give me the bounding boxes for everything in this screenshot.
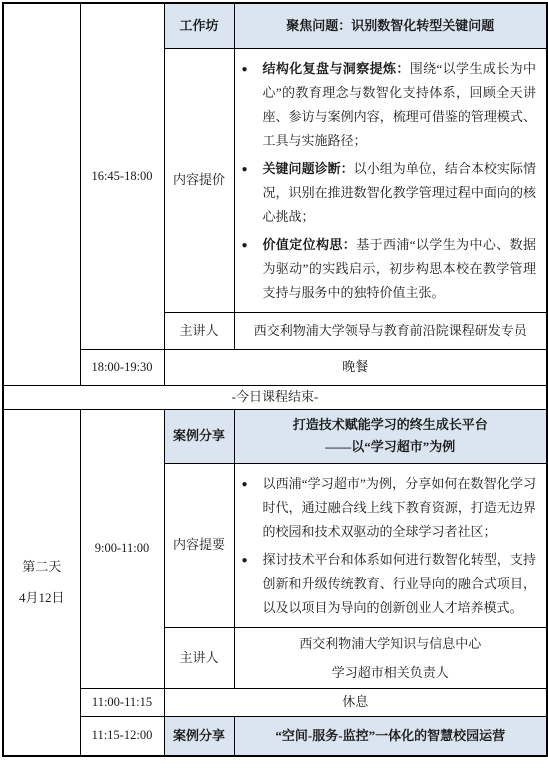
day2-case2-title: “空间-服务-监控”一体化的智慧校园运营 — [234, 716, 547, 756]
bullet-item: ● 探讨技术平台和体系如何进行数智化转型，支持创新和升级传统教育、行业导向的融合… — [242, 548, 537, 620]
day2-date: 4月12日 — [6, 588, 78, 608]
day2-case2-time: 11:15-12:00 — [80, 716, 164, 756]
day2-case-time: 9:00-11:00 — [80, 409, 164, 688]
bullet-icon: ● — [242, 157, 263, 229]
bullet-text: 关键问题诊断：以小组为单位，结合本校实际情况，识别在推进数智化教学管理过程中面向… — [263, 157, 537, 229]
day1-day-cell — [3, 3, 80, 385]
day1-content-category: 内容提价 — [164, 48, 234, 312]
day1-dinner-time: 18:00-19:30 — [80, 349, 164, 385]
day2-case-title: 打造技术赋能学习的终生成长平台 ——以“学习超市”为例 — [234, 409, 547, 463]
day2-break-time: 11:00-11:15 — [80, 688, 164, 716]
bullet-icon: ● — [242, 233, 263, 305]
day2-content-category: 内容提要 — [164, 463, 234, 627]
bullet-icon: ● — [242, 472, 263, 544]
bullet-icon: ● — [242, 548, 263, 620]
bullet-text: 探讨技术平台和体系如何进行数智化转型，支持创新和升级传统教育、行业导向的融合式项… — [263, 548, 537, 620]
page: 16:45-18:00 工作坊 聚焦问题：识别数智化转型关键问题 内容提价 ● … — [0, 0, 548, 775]
day2-case2-category: 案例分享 — [164, 716, 234, 756]
bullet-text: 以西浦“学习超市”为例，分享如何在数智化学习时代，通过融合线上线下教育资源，打造… — [263, 472, 537, 544]
day2-speaker-line1: 西交利物浦大学知识与信息中心 — [237, 629, 545, 658]
day-end-divider: -今日课程结束- — [3, 385, 547, 409]
bullet-item: ● 关键问题诊断：以小组为单位，结合本校实际情况，识别在推进数智化教学管理过程中… — [242, 157, 537, 229]
day1-content-cell: ● 结构化复盘与洞察提炼：围绕“以学生成长为中心”的教育理念与数智化支持体系，回… — [234, 48, 547, 312]
day2-speaker-line2: 学习超市相关负责人 — [237, 658, 545, 687]
day1-workshop-time: 16:45-18:00 — [80, 3, 164, 349]
bullet-text: 价值定位构思：基于西浦“以学生为中心、数据为驱动”的实践启示，初步构思本校在教学… — [263, 233, 537, 305]
bullet-lead: 结构化复盘与洞察提炼： — [263, 61, 410, 76]
bullet-item: ● 结构化复盘与洞察提炼：围绕“以学生成长为中心”的教育理念与数智化支持体系，回… — [242, 57, 537, 153]
day2-speaker-category: 主讲人 — [164, 627, 234, 688]
bullet-lead: 价值定位构思： — [263, 237, 357, 252]
day2-speaker-name: 西交利物浦大学知识与信息中心 学习超市相关负责人 — [234, 627, 547, 688]
day2-case-title-line2: ——以“学习超市”为例 — [237, 436, 545, 458]
schedule-table: 16:45-18:00 工作坊 聚焦问题：识别数智化转型关键问题 内容提价 ● … — [2, 2, 548, 757]
bullet-icon: ● — [242, 57, 263, 153]
day2-content-cell: ● 以西浦“学习超市”为例，分享如何在数智化学习时代，通过融合线上线下教育资源，… — [234, 463, 547, 627]
bullet-text: 结构化复盘与洞察提炼：围绕“以学生成长为中心”的教育理念与数智化支持体系，回顾全… — [263, 57, 537, 153]
day2-case-category: 案例分享 — [164, 409, 234, 463]
day2-label: 第二天 — [6, 557, 78, 577]
bullet-lead: 关键问题诊断： — [263, 161, 354, 176]
bullet-item: ● 以西浦“学习超市”为例，分享如何在数智化学习时代，通过融合线上线下教育资源，… — [242, 472, 537, 544]
day2-day-cell: 第二天 4月12日 — [3, 409, 80, 756]
day2-break-label: 休息 — [164, 688, 547, 716]
day2-case-title-line1: 打造技术赋能学习的终生成长平台 — [237, 414, 545, 436]
day1-speaker-category: 主讲人 — [164, 312, 234, 349]
day1-workshop-category: 工作坊 — [164, 3, 234, 48]
day1-workshop-title: 聚焦问题：识别数智化转型关键问题 — [234, 3, 547, 48]
day1-speaker-name: 西交利物浦大学领导与教育前沿院课程研发专员 — [234, 312, 547, 349]
day1-dinner-label: 晚餐 — [164, 349, 547, 385]
bullet-item: ● 价值定位构思：基于西浦“以学生为中心、数据为驱动”的实践启示，初步构思本校在… — [242, 233, 537, 305]
